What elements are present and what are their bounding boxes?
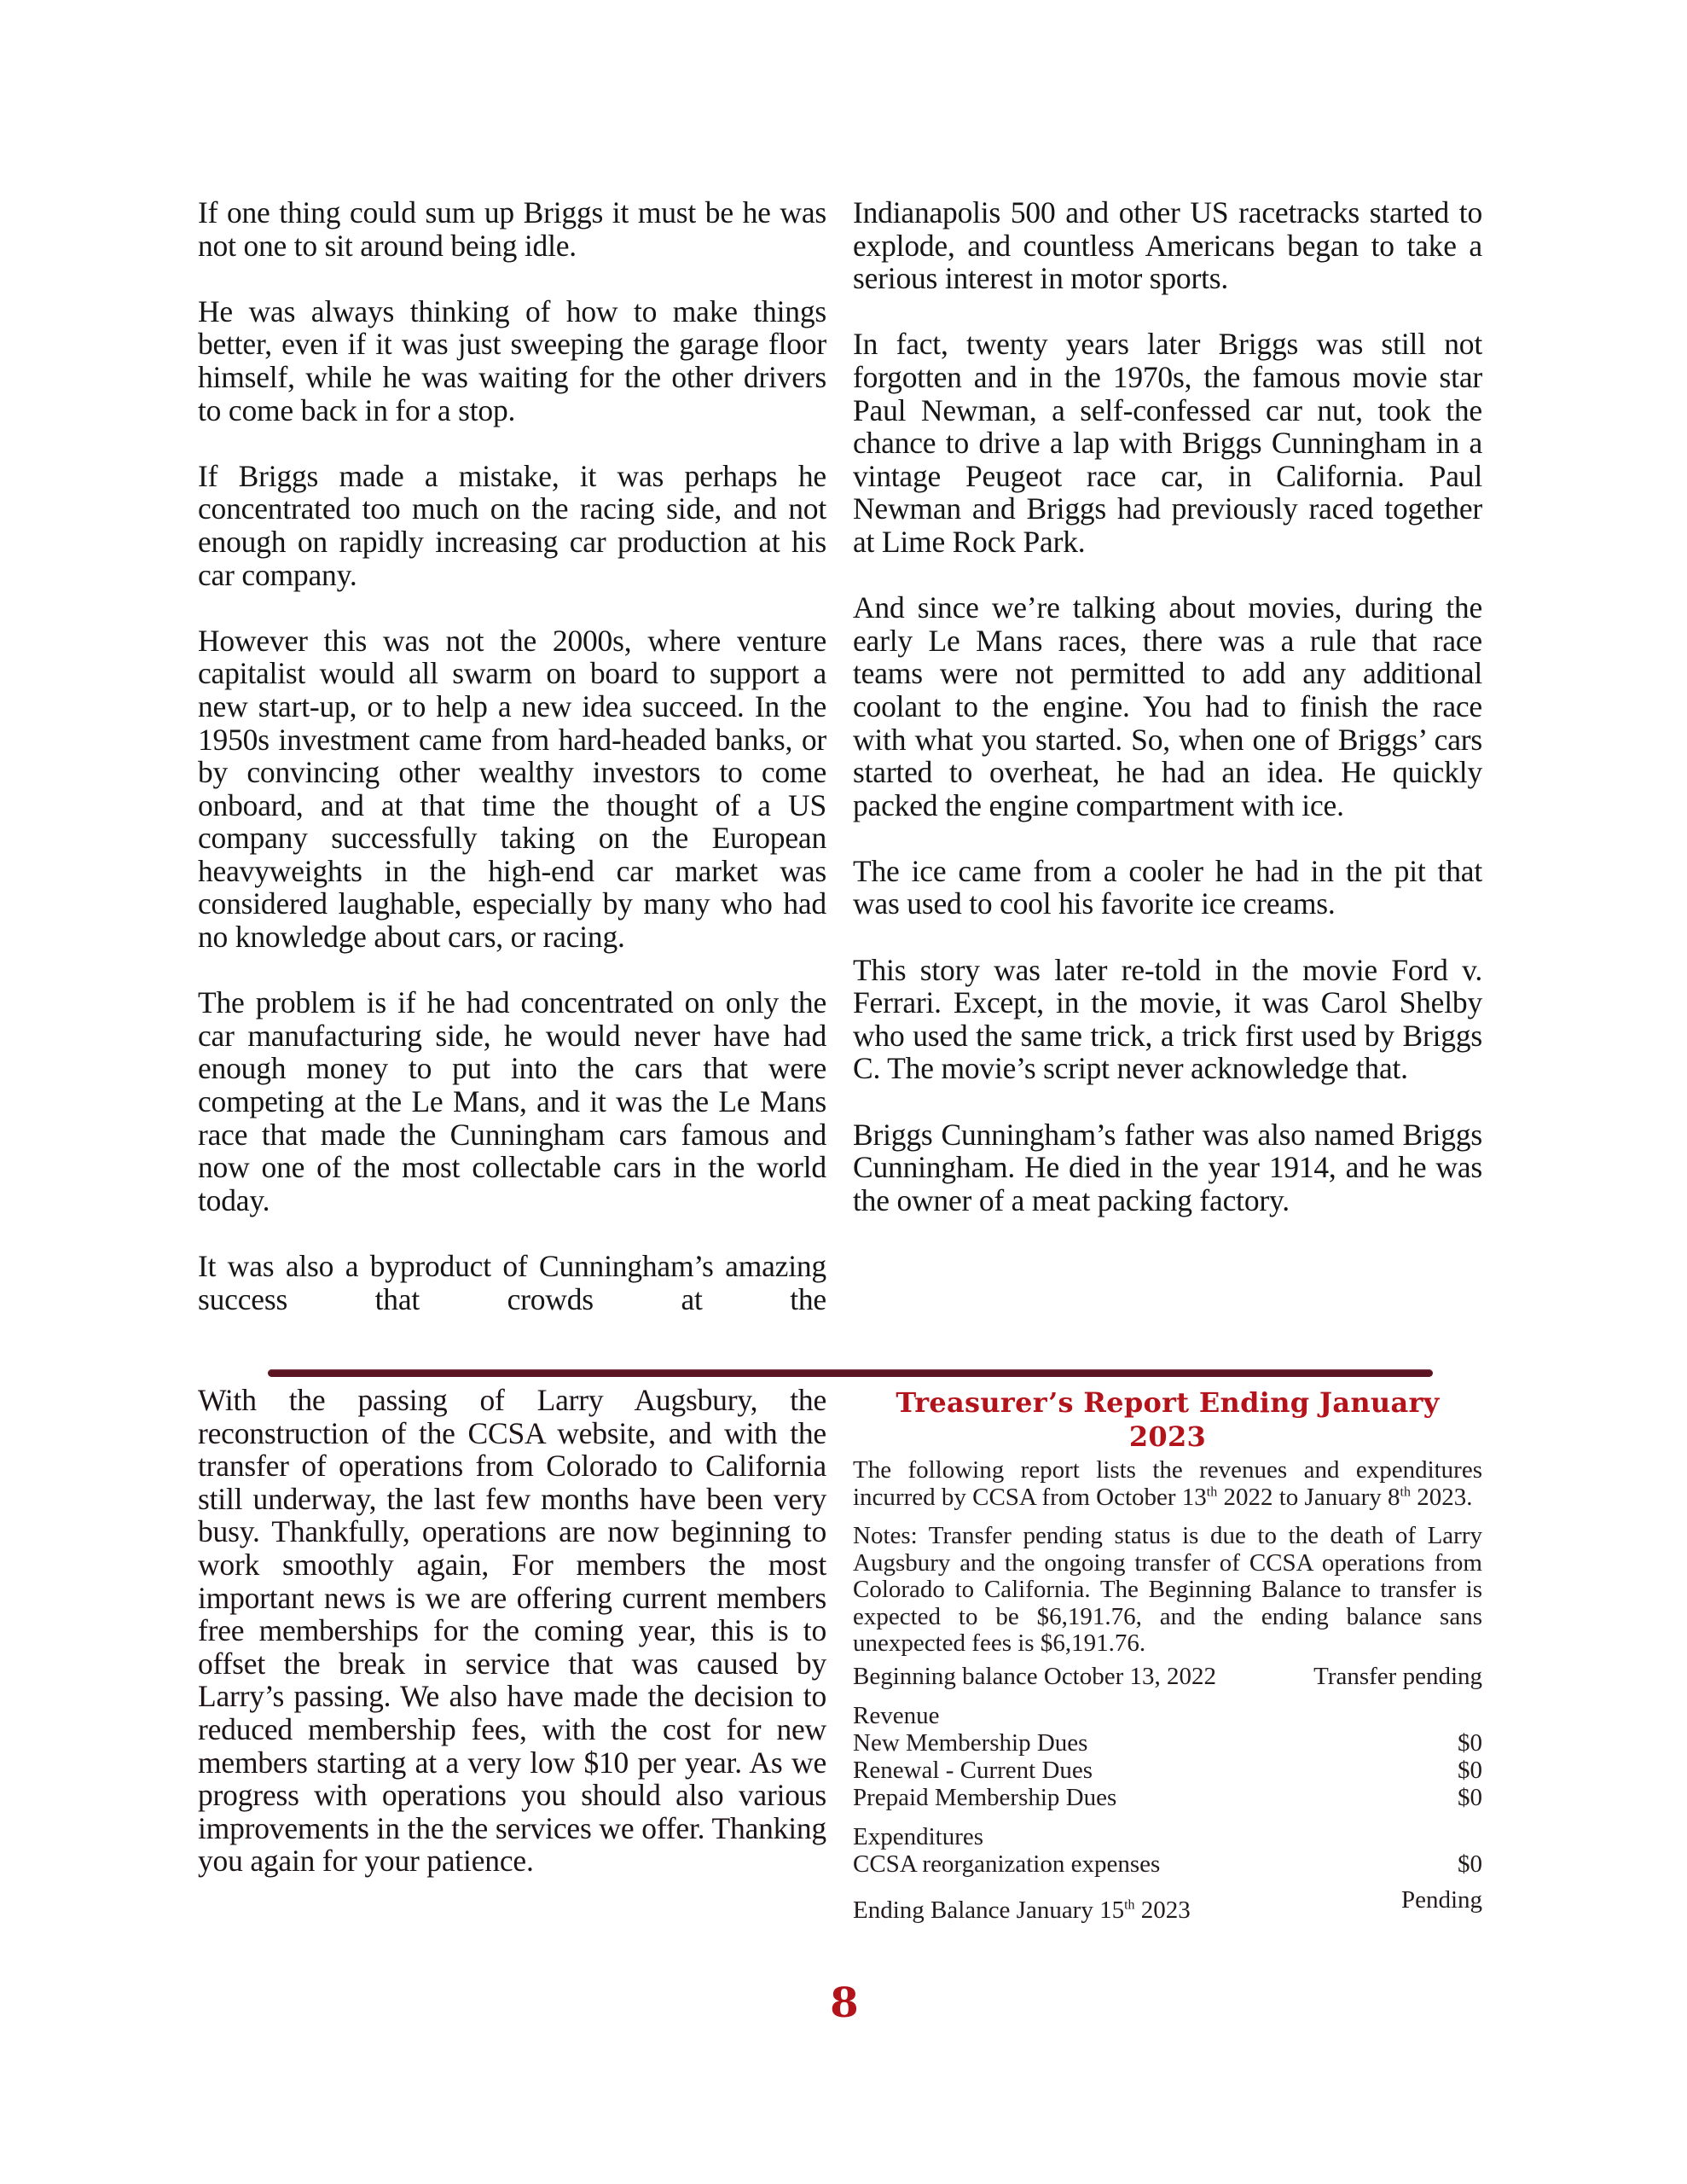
- revenue-row: Renewal - Current Dues $0: [853, 1757, 1482, 1784]
- line-item-label: CCSA reorganization expenses: [853, 1850, 1160, 1878]
- intro-text: 2023.: [1411, 1484, 1473, 1511]
- ending-balance-label: Ending Balance January 15th 2023: [853, 1896, 1191, 1924]
- beginning-balance-row: Beginning balance October 13, 2022 Trans…: [853, 1663, 1482, 1690]
- article-left-column: If one thing could sum up Briggs it must…: [198, 196, 826, 1316]
- article-paragraph: Indianapolis 500 and other US racetracks…: [853, 196, 1482, 295]
- intro-text: 2022 to January 8: [1217, 1484, 1400, 1511]
- line-item-label: Renewal - Current Dues: [853, 1757, 1093, 1784]
- article-paragraph: If one thing could sum up Briggs it must…: [198, 196, 826, 262]
- line-item-value: $0: [1458, 1757, 1482, 1784]
- expenditure-row: CCSA reorganization expenses $0: [853, 1850, 1482, 1878]
- article-paragraph: And since we’re talking about movies, du…: [853, 591, 1482, 822]
- revenue-row: Prepaid Membership Dues $0: [853, 1784, 1482, 1811]
- line-item-value: $0: [1458, 1850, 1482, 1878]
- ending-balance-row: Ending Balance January 15th 2023 Pending: [853, 1896, 1482, 1924]
- line-item-value: $0: [1458, 1784, 1482, 1811]
- article-paragraph: The problem is if he had concentrated on…: [198, 986, 826, 1217]
- page-number: 8: [819, 1978, 870, 2029]
- ending-balance-value: Pending: [1401, 1886, 1482, 1914]
- article-paragraph: If Briggs made a mistake, it was perhaps…: [198, 460, 826, 591]
- article-paragraph: This story was later re-told in the movi…: [853, 954, 1482, 1085]
- report-notes: Notes: Transfer pending status is due to…: [853, 1523, 1482, 1658]
- article-paragraph: It was also a byproduct of Cunningham’s …: [198, 1250, 826, 1316]
- report-title: Treasurer’s Report Ending January 2023: [853, 1385, 1482, 1454]
- article-paragraph: The ice came from a cooler he had in the…: [853, 855, 1482, 921]
- notice-paragraph: With the passing of Larry Augsbury, the …: [198, 1384, 826, 1878]
- section-divider: [268, 1369, 1433, 1377]
- ending-label-text: Ending Balance January 15: [853, 1896, 1124, 1924]
- article-paragraph: In fact, twenty years later Briggs was s…: [853, 328, 1482, 558]
- revenue-heading: Revenue: [853, 1702, 1482, 1729]
- article-paragraph: However this was not the 2000s, where ve…: [198, 624, 826, 954]
- report-intro: The following report lists the revenues …: [853, 1457, 1482, 1511]
- revenue-row: New Membership Dues $0: [853, 1729, 1482, 1757]
- beginning-balance-label: Beginning balance October 13, 2022: [853, 1663, 1216, 1690]
- article-right-column: Indianapolis 500 and other US racetracks…: [853, 196, 1482, 1217]
- notice-column: With the passing of Larry Augsbury, the …: [198, 1384, 826, 1878]
- line-item-label: New Membership Dues: [853, 1729, 1087, 1757]
- ordinal-suffix: th: [1400, 1484, 1411, 1499]
- ending-label-text: 2023: [1135, 1896, 1191, 1924]
- beginning-balance-value: Transfer pending: [1313, 1663, 1482, 1690]
- ordinal-suffix: th: [1207, 1484, 1217, 1499]
- article-paragraph: He was always thinking of how to make th…: [198, 295, 826, 427]
- line-item-value: $0: [1458, 1729, 1482, 1757]
- treasurer-report: Treasurer’s Report Ending January 2023 T…: [853, 1385, 1482, 1924]
- ordinal-suffix: th: [1124, 1897, 1134, 1912]
- line-item-label: Prepaid Membership Dues: [853, 1784, 1116, 1811]
- article-paragraph: Briggs Cunningham’s father was also name…: [853, 1118, 1482, 1217]
- expenditures-heading: Expenditures: [853, 1823, 1482, 1850]
